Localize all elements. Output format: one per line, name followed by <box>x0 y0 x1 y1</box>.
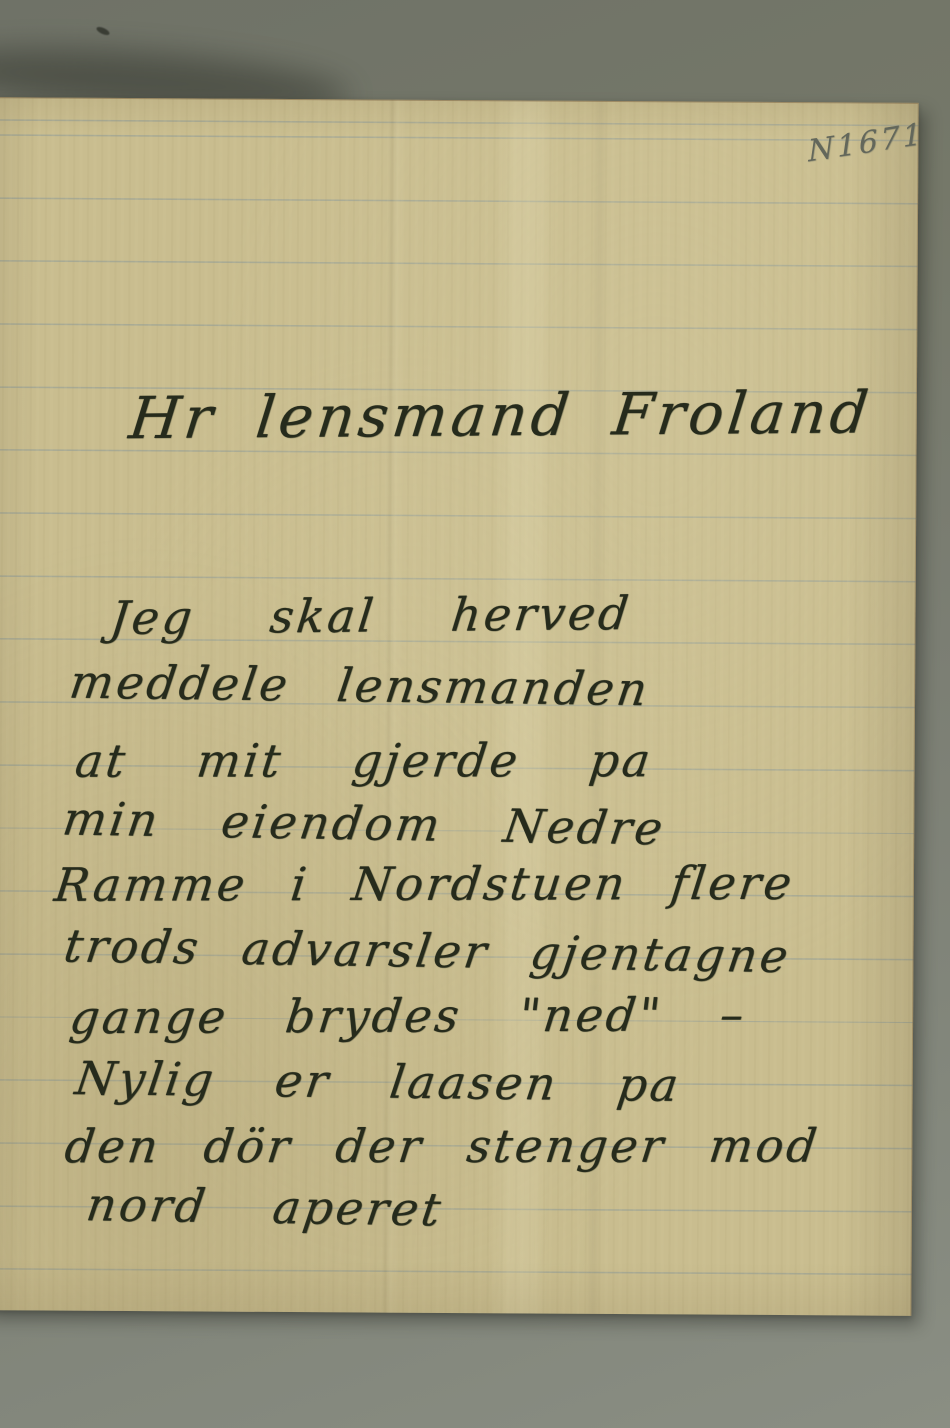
letter-page: N1671 Hr lensmand Froland Jeg skal herve… <box>0 97 919 1316</box>
handwriting-line-1: Jeg skal herved <box>108 586 635 645</box>
handwriting-line-3: at mit gjerde pa <box>72 733 656 788</box>
handwriting-line-9: den dör der stenger mod <box>62 1119 823 1174</box>
handwriting-line-2: meddele lensmanden <box>66 655 653 716</box>
salutation-line: Hr lensmand Froland <box>126 378 876 452</box>
handwriting-line-5: Ramme i Nordstuen flere <box>52 856 798 912</box>
handwriting-line-4: min eiendom Nedre <box>60 792 669 856</box>
archival-number-pencil: N1671 <box>807 117 925 170</box>
handwriting-line-6: trods advarsler gjentagne <box>61 919 794 984</box>
handwriting-line-10: nord aperet <box>83 1177 447 1236</box>
handwriting-line-8: Nylig er laasen pa <box>72 1051 684 1112</box>
handwriting-line-7: gange brydes "ned" – <box>67 987 750 1044</box>
mat-speck <box>95 25 110 36</box>
scanned-letter-photo: N1671 Hr lensmand Froland Jeg skal herve… <box>0 0 950 1428</box>
